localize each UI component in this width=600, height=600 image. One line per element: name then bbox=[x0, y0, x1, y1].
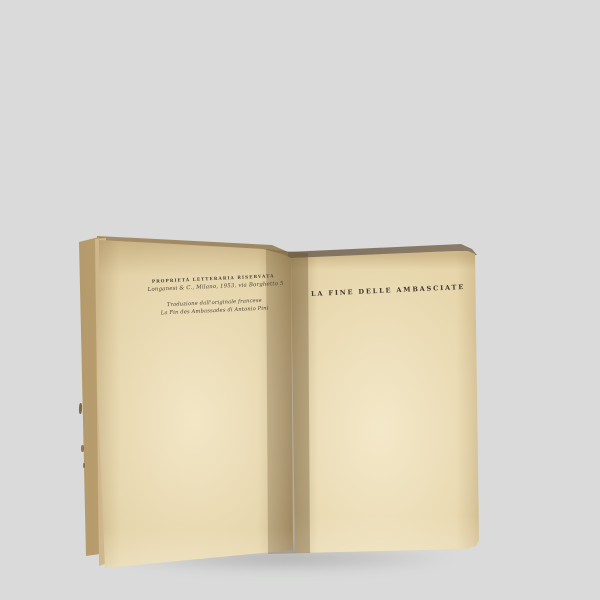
foxing-spot bbox=[81, 445, 84, 452]
book-photo: PROPRIETÀ LETTERARIA RISERVATA Longanesi… bbox=[0, 0, 600, 600]
copyright-block: PROPRIETÀ LETTERARIA RISERVATA Longanesi… bbox=[147, 274, 281, 318]
foxing-spot bbox=[83, 463, 85, 468]
foxing-spot bbox=[79, 403, 82, 414]
